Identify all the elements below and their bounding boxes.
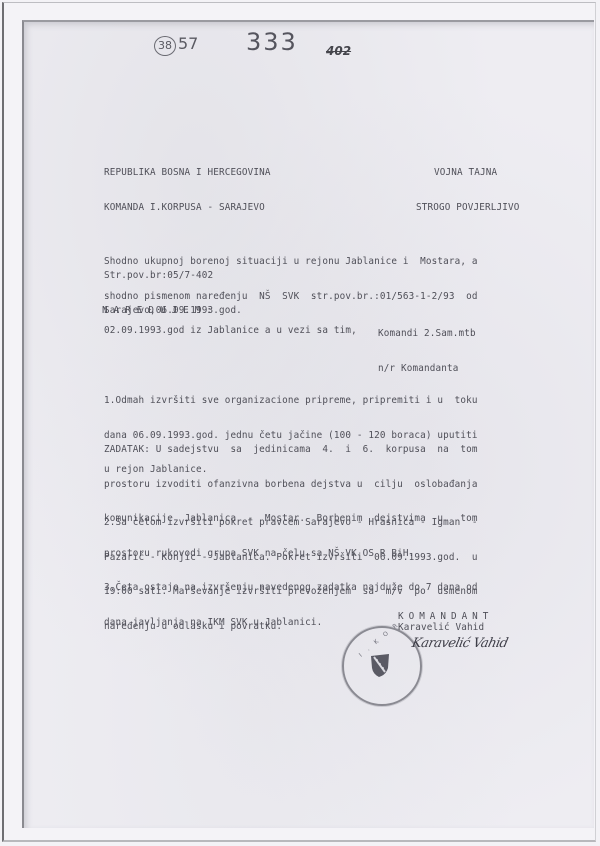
text-line: shodno pismenom naređenju NŠ SVK str.pov… [104,291,478,303]
signatory-title: KOMANDANT [398,611,493,623]
text-line: 3.Četa ostaje na izvršenju navedenog zad… [104,582,478,594]
handwritten-struck-number: 402 [326,44,351,58]
coat-of-arms-icon [370,654,390,678]
issuer-line: REPUBLIKA BOSNA I HERCEGOVINA [104,167,271,179]
text-line: 1.Odmah izvršiti sve organizacione pripr… [104,395,478,407]
text-line: ZADATAK: U sadejstvu sa jedinicama 4. i … [104,444,478,456]
handwritten-page-number: 333 [246,28,298,56]
handwritten-circled-number: 38 [154,36,176,56]
classification: VOJNA TAJNA STROGO POVJERLJIVO [416,144,519,236]
handwritten-signature: Karavelić Vahid [410,636,509,651]
official-stamp: I . K O R [342,626,422,706]
handwritten-boxed-number: 57 [178,34,198,54]
recipient-line: Komandi 2.Sam.mtb [378,328,476,340]
signatory-name: Karavelić Vahid [398,622,484,634]
classification-line: VOJNA TAJNA [416,167,519,179]
text-line: Shodno ukupnoj borenoj situaciji u rejon… [104,256,478,268]
classification-line: STROGO POVJERLJIVO [416,202,519,214]
order-heading: NAREĐUJEM: [102,305,218,317]
text-line: prostoru izvoditi ofanzivna borbena dejs… [104,479,478,491]
issuer-line: KOMANDA I.KORPUSA - SARAJEVO [104,202,271,214]
text-line: 2.Sa četom izvršiti pokret pravcem Saraj… [104,517,478,529]
document-page: 38 57 333 402 REPUBLIKA BOSNA I HERCEGOV… [22,20,594,828]
